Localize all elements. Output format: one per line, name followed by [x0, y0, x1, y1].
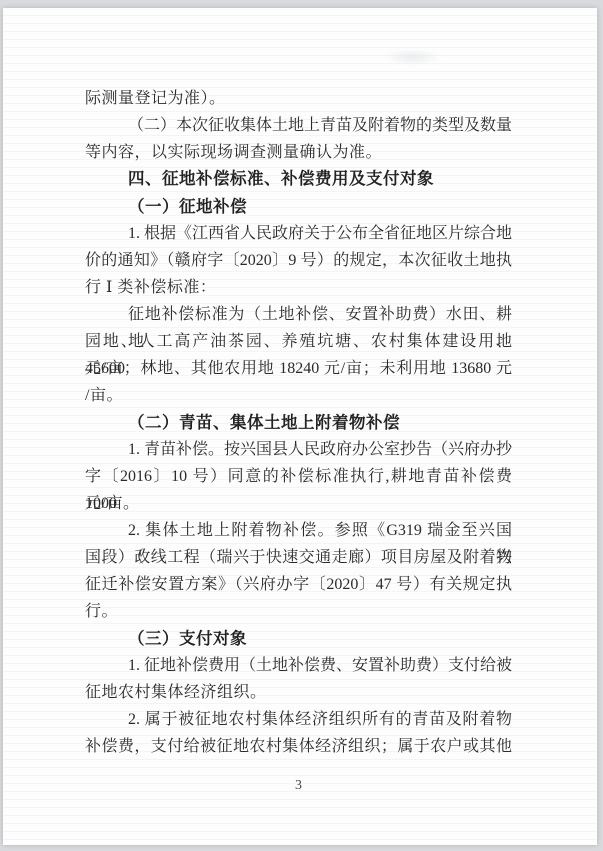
- body-line: 价的通知》（赣府字〔2020〕9 号）的规定，本次征收土地执: [85, 247, 512, 274]
- body-line: 园地、人工高产油茶园、养殖坑塘、农村集体建设用地 45600: [85, 328, 512, 355]
- body-line: 1. 根据《江西省人民政府关于公布全省征地区片综合地: [85, 220, 512, 247]
- body-line: /亩。: [85, 382, 512, 409]
- body-line: 字〔2016〕10 号）同意的补偿标准执行,耕地青苗补偿费 1000: [85, 463, 512, 490]
- body-line: 2. 属于被征地农村集体经济组织所有的青苗及附着物: [85, 706, 512, 733]
- document-body: 际测量登记为准）。 （二）本次征收集体土地上青苗及附着物的类型及数量 等内容，以…: [85, 85, 512, 795]
- body-line: 行 Ⅰ 类补偿标准：: [85, 274, 512, 301]
- body-line: 补偿费，支付给被征地农村集体经济组织；属于农户或其他: [85, 733, 512, 760]
- scan-smudge: [385, 50, 441, 64]
- body-line: 国段）改线工程（瑞兴于快速交通走廊）项目房屋及附着物: [85, 544, 512, 571]
- body-line: 元/亩。: [85, 490, 512, 517]
- body-line: 1. 青苗补偿。按兴国县人民政府办公室抄告（兴府办抄: [85, 436, 512, 463]
- body-line: 征地补偿标准为（土地补偿、安置补助费）水田、耕地、: [85, 301, 512, 328]
- scanned-document-page: { "colors": { "background": "#d8dadd", "…: [0, 0, 603, 851]
- body-line: 等内容，以实际现场调查测量确认为准。: [85, 139, 512, 166]
- body-line: 行。: [85, 598, 512, 625]
- body-line: 征地农村集体经济组织。: [85, 679, 512, 706]
- heading-sub-1-zhengdi: （一）征地补偿: [85, 193, 512, 220]
- document-paper: 际测量登记为准）。 （二）本次征收集体土地上青苗及附着物的类型及数量 等内容，以…: [3, 8, 597, 845]
- page-number: 3: [85, 777, 512, 795]
- body-line: 元/亩；林地、其他农用地 18240 元/亩；未利用地 13680 元: [85, 355, 512, 382]
- heading-section-4: 四、征地补偿标准、补偿费用及支付对象: [85, 166, 512, 193]
- body-line: 征迁补偿安置方案》（兴府办字〔2020〕47 号）有关规定执: [85, 571, 512, 598]
- body-line: （二）本次征收集体土地上青苗及附着物的类型及数量: [85, 112, 512, 139]
- body-line: 际测量登记为准）。: [85, 85, 512, 112]
- heading-sub-2-qingmiao: （二）青苗、集体土地上附着物补偿: [85, 409, 512, 436]
- heading-sub-3-payment: （三）支付对象: [85, 625, 512, 652]
- body-line: 2. 集体土地上附着物补偿。参照《G319 瑞金至兴国（兴: [85, 517, 512, 544]
- body-line: 1. 征地补偿费用（土地补偿费、安置补助费）支付给被: [85, 652, 512, 679]
